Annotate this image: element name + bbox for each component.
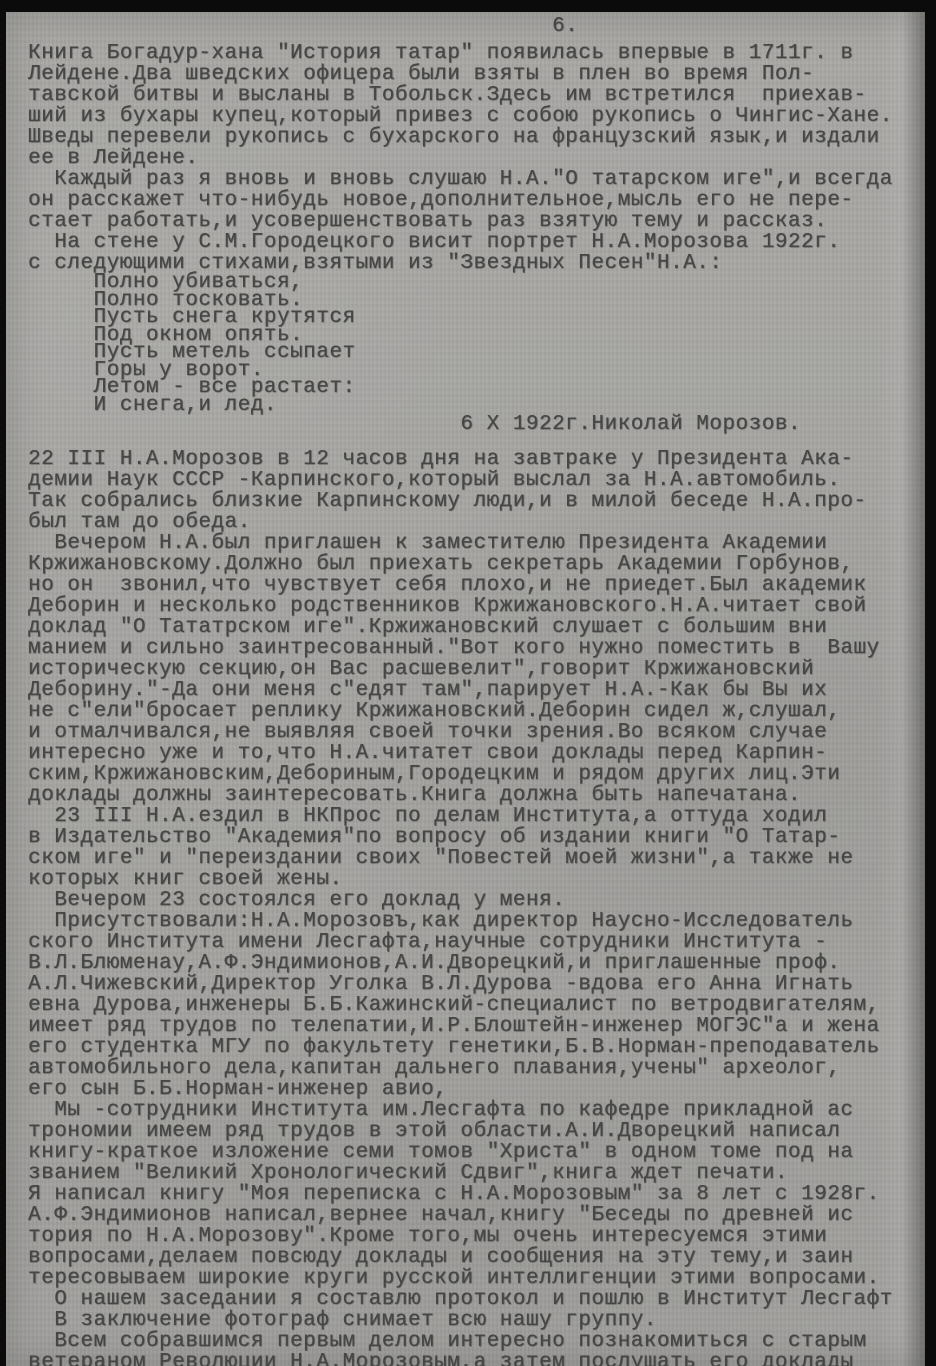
paragraph-group-photo: В заключение фотограф снимает всю нашу г… xyxy=(28,1310,925,1331)
paragraph-attendees-list: Присутствовали:Н.А.Морозовъ,как директор… xyxy=(28,911,925,1100)
page-content: 6. Книга Богадур-хана "История татар" по… xyxy=(28,16,925,1366)
paragraph-evening-krzhizhanovsky: Вечером Н.А.был приглашен к заместителю … xyxy=(28,533,925,806)
poem-zvezdnye-pesni: Полно убиваться, Полно тосковать. Пусть … xyxy=(28,274,925,414)
paragraph-evening-report: Вечером 23 состоялся его доклад у меня. xyxy=(28,890,925,911)
paragraph-gorodetsky-portrait: На стене у С.М.Городецкого висит портрет… xyxy=(28,232,925,274)
paragraph-protocol: О нашем заседании я составлю протокол и … xyxy=(28,1289,925,1310)
signature-date-morozov: 6 X 1922г.Николай Морозов. xyxy=(28,414,925,435)
page-number: 6. xyxy=(28,16,925,37)
paragraph-bogadur-khan-book: Книга Богадур-хана "История татар" появи… xyxy=(28,43,925,169)
diary-entry-22-march: 22 III Н.А.Морозов в 12 часов дня на зав… xyxy=(28,449,925,533)
scanned-document-photo: 6. Книга Богадур-хана "История татар" по… xyxy=(0,0,936,1366)
paragraph-institute-works: Мы -сотрудники Института им.Лесгафта по … xyxy=(28,1100,925,1289)
typewritten-page: 6. Книга Богадур-хана "История татар" по… xyxy=(6,12,925,1366)
paragraph-conclusion: Всем собравшимся первым делом интересно … xyxy=(28,1331,925,1366)
paragraph-tatar-yoke-lectures: Каждый раз я вновь и вновь слушаю Н.А."О… xyxy=(28,169,925,232)
diary-entry-23-march: 23 III Н.А.ездил в НКПрос по делам Инсти… xyxy=(28,806,925,890)
